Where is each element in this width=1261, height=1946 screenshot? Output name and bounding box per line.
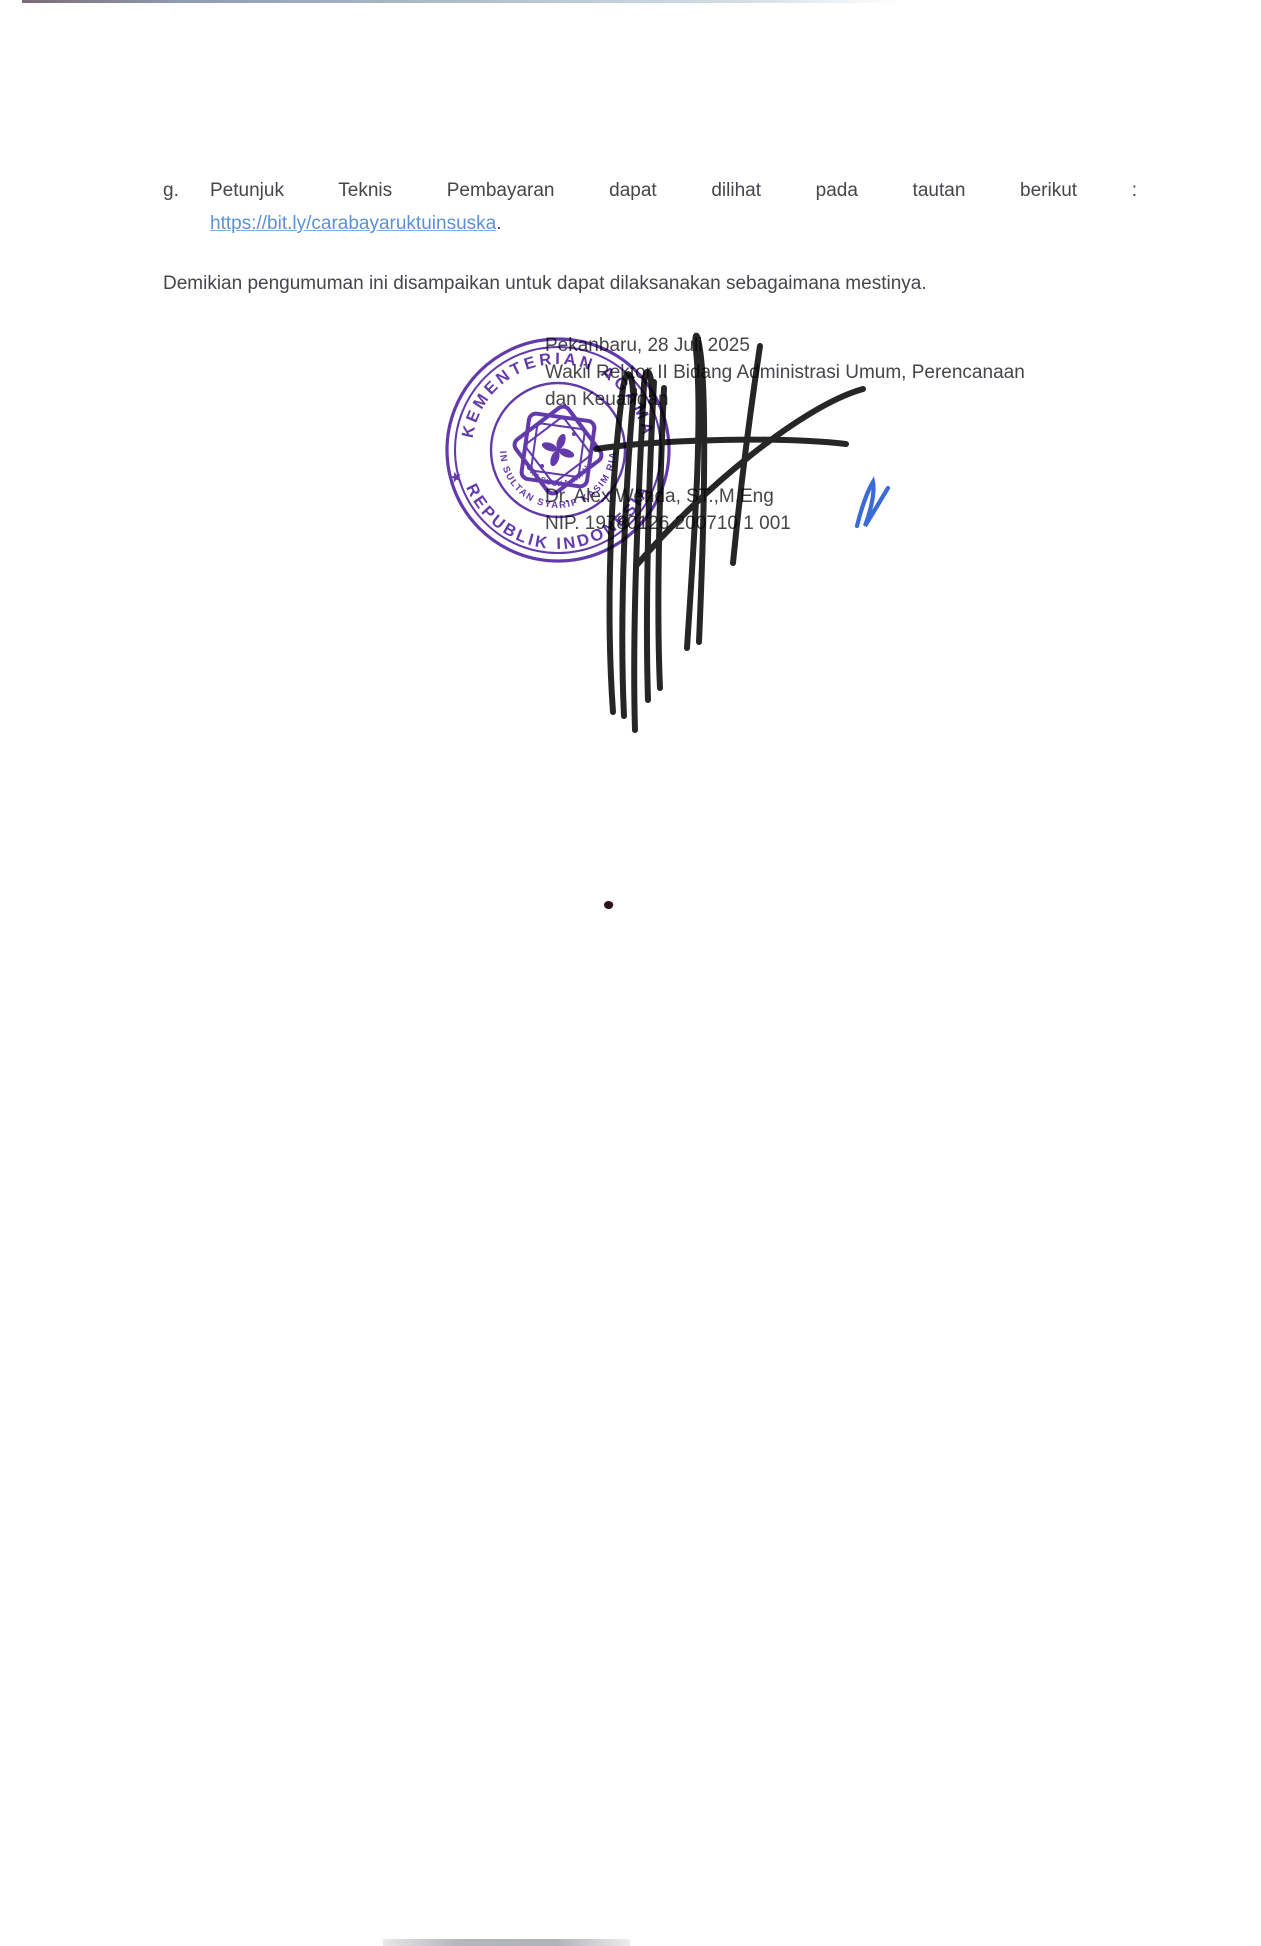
scan-edge-artifact-top: [22, 0, 900, 3]
list-item-g-label: g.: [163, 178, 203, 204]
payment-guide-link[interactable]: https://bit.ly/carabayaruktuinsuska: [210, 213, 496, 234]
scanned-letter-page: g. Petunjuk Teknis Pembayaran dapat dili…: [0, 0, 1261, 1946]
list-item-g-text: Petunjuk Teknis Pembayaran dapat dilihat…: [210, 178, 1137, 204]
link-trailing-period: .: [496, 213, 501, 234]
closing-paragraph: Demikian pengumuman ini disampaikan untu…: [163, 271, 1143, 297]
stamp-star-icon: ★: [447, 468, 464, 488]
scan-edge-artifact-bottom: [383, 1939, 630, 1946]
ink-speck: [603, 900, 614, 911]
list-item-g-link-line: https://bit.ly/carabayaruktuinsuska.: [210, 211, 1137, 237]
blue-initial-mark: [845, 468, 900, 543]
initial-strokes: [845, 468, 900, 543]
